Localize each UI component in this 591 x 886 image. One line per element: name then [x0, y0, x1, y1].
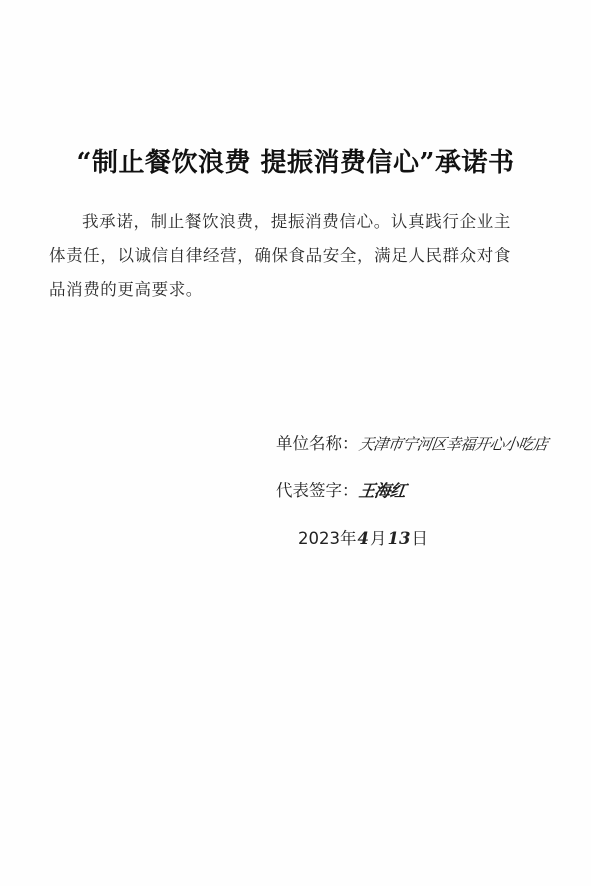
date-month-handwritten: 4	[358, 529, 369, 549]
commitment-body: 我承诺，制止餐饮浪费，提振消费信心。认真践行企业主体责任，以诚信自律经营，确保食…	[49, 205, 511, 307]
representative-row: 代表签字：王海红	[276, 481, 586, 501]
date-year-unit: 年	[340, 529, 357, 549]
document-title: “制止餐饮浪费 提振消费信心”承诺书	[0, 142, 591, 179]
date-day-unit: 日	[411, 529, 428, 549]
date-year: 2023	[298, 529, 340, 549]
unit-name-handwritten: 天津市宁河区幸福开心小吃店	[357, 434, 548, 455]
unit-name-label: 单位名称：	[276, 434, 359, 454]
signature-block: 单位名称：天津市宁河区幸福开心小吃店 代表签字：王海红 2023 年4月 13日	[276, 434, 586, 549]
date-day-handwritten: 13	[387, 529, 410, 549]
representative-signature: 王海红	[357, 481, 406, 502]
representative-label: 代表签字：	[276, 481, 359, 501]
date-row: 2023 年4月 13日	[276, 529, 586, 549]
date-month-unit: 月	[370, 529, 387, 549]
unit-name-row: 单位名称：天津市宁河区幸福开心小吃店	[276, 434, 586, 454]
commitment-letter-page: “制止餐饮浪费 提振消费信心”承诺书 我承诺，制止餐饮浪费，提振消费信心。认真践…	[0, 0, 591, 886]
